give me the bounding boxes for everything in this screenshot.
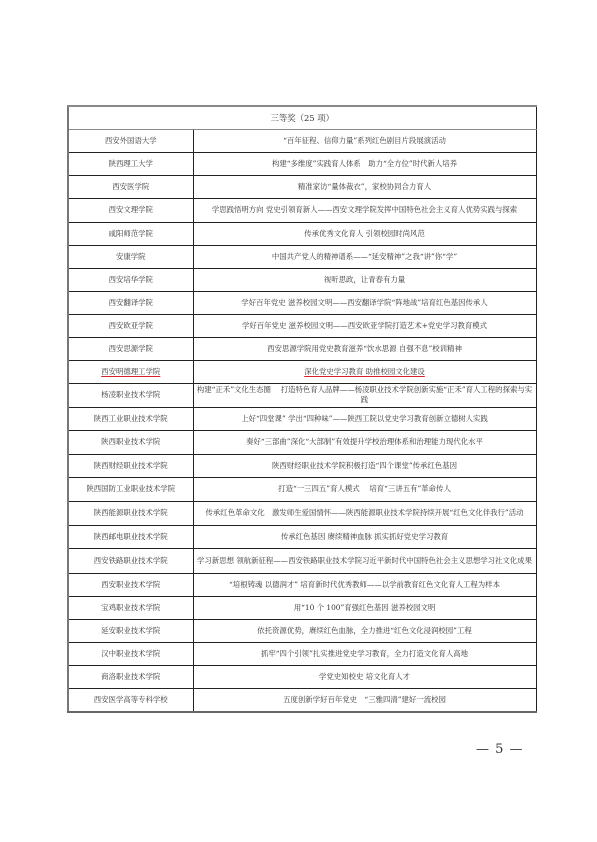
project-title-cell: 西安思源学院用党史教育滋养“饮水思源 自强不息”校训精神 (193, 337, 536, 360)
table-row: 陕西邮电职业技术学院传承红色基因 赓续精神血脉 抓实抓好党史学习教育 (68, 525, 536, 548)
school-name-cell: 西安欧亚学院 (68, 314, 193, 337)
school-name-cell: 陕西工业职业技术学院 (68, 407, 193, 430)
project-title-cell: 深化党史学习教育 助推校园文化建设 (193, 360, 536, 383)
project-title-cell: 学党史知校史 培文化育人才 (193, 665, 536, 688)
project-title-cell: 传承红色基因 赓续精神血脉 抓实抓好党史学习教育 (193, 525, 536, 548)
school-name: 安康学院 (116, 252, 146, 261)
school-name: 宝鸡职业技术学院 (101, 603, 160, 612)
table-row: 安康学院中国共产党人的精神谱系——“延安精神”之我“讲”你“学” (68, 245, 536, 268)
school-name-cell: 陕西能源职业技术学院 (68, 501, 193, 525)
project-title-cell: 五度创新学好百年党史 “三雅四清”建好一流校园 (193, 688, 536, 712)
school-name-cell: 陕西理工大学 (68, 152, 193, 175)
project-title-cell: 陕西财经职业技术学院积极打造“四个课堂”传承红色基因 (193, 454, 536, 477)
table-row: 西安明德理工学院深化党史学习教育 助推校园文化建设 (68, 360, 536, 383)
project-title-cell: “培根铸魂 以德润才” 培育新时代优秀教师——以学前教育红色文化育人工程为样本 (193, 573, 536, 596)
school-name: 汉中职业技术学院 (101, 649, 160, 658)
table-row: 西安职业技术学院“培根铸魂 以德润才” 培育新时代优秀教师——以学前教育红色文化… (68, 573, 536, 596)
document-page: 三等奖（25 项） 西安外国语大学“百年征程、信仰力量”系列红色剧目片段展演活动… (0, 0, 597, 842)
table-row: 陕西能源职业技术学院传承红色革命文化 激发师生爱国情怀——陕西能源职业技术学院持… (68, 501, 536, 525)
school-name: 西安职业技术学院 (101, 580, 160, 589)
school-name: 咸阳师范学院 (109, 229, 153, 238)
project-title: 视听思政，让青春有力量 (324, 275, 405, 284)
project-title: 学思践悟明方向 党史引领育新人——西安文理学院发挥中国特色社会主义育人优势实践与… (212, 205, 517, 214)
project-title-cell: “百年征程、信仰力量”系列红色剧目片段展演活动 (193, 129, 536, 152)
school-name-cell: 西安医学院 (68, 175, 193, 198)
project-title-cell: 学思践悟明方向 党史引领育新人——西安文理学院发挥中国特色社会主义育人优势实践与… (193, 198, 536, 222)
school-name-cell: 陕西财经职业技术学院 (68, 454, 193, 477)
school-name: 西安翻译学院 (109, 298, 153, 307)
school-name-cell: 西安明德理工学院 (68, 360, 193, 383)
school-name: 西安欧亚学院 (109, 321, 153, 330)
project-title-cell: 学好百年党史 滋养校园文明——西安翻译学院“阵地战”培育红色基因传承人 (193, 291, 536, 314)
table-row: 陕西理工大学构建“多维度”实践育人体系 助力“全方位”时代新人培养 (68, 152, 536, 175)
school-name-cell: 陕西邮电职业技术学院 (68, 525, 193, 548)
table-row: 陕西财经职业技术学院陕西财经职业技术学院积极打造“四个课堂”传承红色基因 (68, 454, 536, 477)
table-row: 西安思源学院西安思源学院用党史教育滋养“饮水思源 自强不息”校训精神 (68, 337, 536, 360)
project-title-cell: 抓牢“四个引领”扎实推进党史学习教育，全力打造文化育人高地 (193, 642, 536, 665)
project-title: 五度创新学好百年党史 “三雅四清”建好一流校园 (283, 695, 446, 704)
project-title: 传承红色基因 赓续精神血脉 抓实抓好党史学习教育 (281, 532, 448, 541)
project-title-cell: 学好百年党史 滋养校园文明——西安欧亚学院打造艺术+党史学习教育模式 (193, 314, 536, 337)
school-name-cell: 西安思源学院 (68, 337, 193, 360)
table-row: 陕西工业职业技术学院上好“四堂课” 学出“四种味”——陕西工院以党史学习教育创新… (68, 407, 536, 430)
table-row: 西安培华学院视听思政，让青春有力量 (68, 268, 536, 291)
project-title: 学好百年党史 滋养校园文明——西安翻译学院“阵地战”培育红色基因传承人 (241, 298, 487, 307)
school-name-cell: 陕西国防工业职业技术学院 (68, 477, 193, 501)
table-row: 杨凌职业技术学院构建“正禾”文化生态圈 打造特色育人品牌——杨凌职业技术学院创新… (68, 383, 536, 407)
school-name: 陕西邮电职业技术学院 (94, 532, 168, 541)
project-title-cell: 奏好“三部曲”深化“大部制”有效提升学校治理体系和治理能力现代化水平 (193, 430, 536, 454)
project-title: 用“10 个 100”育强红色基因 滋养校园文明 (294, 603, 436, 612)
school-name-cell: 延安职业技术学院 (68, 619, 193, 642)
project-title: “百年征程、信仰力量”系列红色剧目片段展演活动 (283, 136, 446, 145)
project-title-cell: 构建“正禾”文化生态圈 打造特色育人品牌——杨凌职业技术学院创新实施“正禾”育人… (193, 383, 536, 407)
project-title: 抓牢“四个引领”扎实推进党史学习教育，全力打造文化育人高地 (261, 649, 468, 658)
school-name-cell: 咸阳师范学院 (68, 222, 193, 245)
project-title: 传承红色革命文化 激发师生爱国情怀——陕西能源职业技术学院持续开展“红色文化伴我… (206, 508, 524, 517)
project-title: 中国共产党人的精神谱系——“延安精神”之我“讲”你“学” (272, 252, 457, 261)
project-title-cell: 视听思政，让青春有力量 (193, 268, 536, 291)
school-name: 商洛职业技术学院 (101, 672, 160, 681)
table-row: 延安职业技术学院依托资源优势，赓续红色血脉，全力推进“红色文化浸润校园”工程 (68, 619, 536, 642)
school-name-cell: 西安职业技术学院 (68, 573, 193, 596)
school-name: 陕西工业职业技术学院 (94, 414, 168, 423)
school-name: 西安外国语大学 (105, 136, 157, 145)
school-name: 延安职业技术学院 (101, 626, 160, 635)
school-name: 西安明德理工学院 (101, 367, 160, 376)
school-name-cell: 西安铁路职业技术学院 (68, 548, 193, 573)
project-title: 传承优秀文化育人 引领校园时尚风范 (304, 229, 425, 238)
table-row: 汉中职业技术学院抓牢“四个引领”扎实推进党史学习教育，全力打造文化育人高地 (68, 642, 536, 665)
school-name: 西安培华学院 (109, 275, 153, 284)
project-title: 奏好“三部曲”深化“大部制”有效提升学校治理体系和治理能力现代化水平 (246, 437, 483, 446)
school-name-cell: 西安文理学院 (68, 198, 193, 222)
school-name: 西安文理学院 (109, 205, 153, 214)
project-title-cell: 传承优秀文化育人 引领校园时尚风范 (193, 222, 536, 245)
school-name-cell: 宝鸡职业技术学院 (68, 596, 193, 619)
project-title-cell: 依托资源优势，赓续红色血脉，全力推进“红色文化浸润校园”工程 (193, 619, 536, 642)
project-title-cell: 用“10 个 100”育强红色基因 滋养校园文明 (193, 596, 536, 619)
school-name: 杨凌职业技术学院 (101, 390, 160, 399)
table-row: 陕西职业技术学院奏好“三部曲”深化“大部制”有效提升学校治理体系和治理能力现代化… (68, 430, 536, 454)
page-number: — 5 — (476, 742, 524, 757)
table-row: 陕西国防工业职业技术学院打造“一三四五”育人模式 培育“三讲五有”革命传人 (68, 477, 536, 501)
awards-table: 三等奖（25 项） 西安外国语大学“百年征程、信仰力量”系列红色剧目片段展演活动… (67, 105, 537, 713)
table-row: 商洛职业技术学院学党史知校史 培文化育人才 (68, 665, 536, 688)
school-name-cell: 西安培华学院 (68, 268, 193, 291)
school-name: 西安医学院 (112, 182, 149, 191)
project-title: 依托资源优势，赓续红色血脉，全力推进“红色文化浸润校园”工程 (257, 626, 472, 635)
school-name-cell: 陕西职业技术学院 (68, 430, 193, 454)
project-title: 西安思源学院用党史教育滋养“饮水思源 自强不息”校训精神 (267, 344, 462, 353)
project-title: 陕西财经职业技术学院积极打造“四个课堂”传承红色基因 (272, 461, 457, 470)
table-row: 西安外国语大学“百年征程、信仰力量”系列红色剧目片段展演活动 (68, 129, 536, 152)
project-title-cell: 传承红色革命文化 激发师生爱国情怀——陕西能源职业技术学院持续开展“红色文化伴我… (193, 501, 536, 525)
project-title: 学党史知校史 培文化育人才 (319, 672, 410, 681)
project-title: 深化党史学习教育 助推校园文化建设 (304, 367, 425, 376)
project-title-cell: 中国共产党人的精神谱系——“延安精神”之我“讲”你“学” (193, 245, 536, 268)
project-title: 学好百年党史 滋养校园文明——西安欧亚学院打造艺术+党史学习教育模式 (242, 321, 487, 330)
school-name: 陕西能源职业技术学院 (94, 508, 168, 517)
school-name-cell: 杨凌职业技术学院 (68, 383, 193, 407)
project-title: 精准家访“量体裁衣”，家校协同合力育人 (298, 182, 431, 191)
table-row: 咸阳师范学院传承优秀文化育人 引领校园时尚风范 (68, 222, 536, 245)
project-title: 上好“四堂课” 学出“四种味”——陕西工院以党史学习教育创新立德树人实践 (241, 414, 488, 423)
school-name: 西安铁路职业技术学院 (94, 556, 168, 565)
table-row: 西安铁路职业技术学院学习新思想 领航新征程——西安铁路职业技术学院习近平新时代中… (68, 548, 536, 573)
table-header-row: 三等奖（25 项） (68, 106, 536, 129)
project-title-cell: 上好“四堂课” 学出“四种味”——陕西工院以党史学习教育创新立德树人实践 (193, 407, 536, 430)
table-row: 宝鸡职业技术学院用“10 个 100”育强红色基因 滋养校园文明 (68, 596, 536, 619)
project-title-cell: 精准家访“量体裁衣”，家校协同合力育人 (193, 175, 536, 198)
school-name-cell: 商洛职业技术学院 (68, 665, 193, 688)
table-row: 西安医学高等专科学校五度创新学好百年党史 “三雅四清”建好一流校园 (68, 688, 536, 712)
project-title: 打造“一三四五”育人模式 培育“三讲五有”革命传人 (278, 484, 451, 493)
school-name-cell: 西安翻译学院 (68, 291, 193, 314)
project-title-cell: 学习新思想 领航新征程——西安铁路职业技术学院习近平新时代中国特色社会主义思想学… (193, 548, 536, 573)
project-title-cell: 构建“多维度”实践育人体系 助力“全方位”时代新人培养 (193, 152, 536, 175)
project-title-cell: 打造“一三四五”育人模式 培育“三讲五有”革命传人 (193, 477, 536, 501)
school-name-cell: 安康学院 (68, 245, 193, 268)
table-row: 西安翻译学院学好百年党史 滋养校园文明——西安翻译学院“阵地战”培育红色基因传承… (68, 291, 536, 314)
school-name-cell: 西安医学高等专科学校 (68, 688, 193, 712)
school-name: 陕西职业技术学院 (101, 437, 160, 446)
school-name-cell: 汉中职业技术学院 (68, 642, 193, 665)
table-row: 西安欧亚学院学好百年党史 滋养校园文明——西安欧亚学院打造艺术+党史学习教育模式 (68, 314, 536, 337)
school-name: 西安医学高等专科学校 (94, 695, 168, 704)
table-row: 西安文理学院学思践悟明方向 党史引领育新人——西安文理学院发挥中国特色社会主义育… (68, 198, 536, 222)
school-name: 西安思源学院 (109, 344, 153, 353)
project-title: 构建“正禾”文化生态圈 打造特色育人品牌——杨凌职业技术学院创新实施“正禾”育人… (197, 385, 532, 404)
table-row: 西安医学院精准家访“量体裁衣”，家校协同合力育人 (68, 175, 536, 198)
award-tier-heading: 三等奖（25 项） (68, 106, 536, 129)
project-title: 构建“多维度”实践育人体系 助力“全方位”时代新人培养 (272, 159, 457, 168)
school-name: 陕西国防工业职业技术学院 (86, 484, 175, 493)
school-name: 陕西财经职业技术学院 (94, 461, 168, 470)
project-title: 学习新思想 领航新征程——西安铁路职业技术学院习近平新时代中国特色社会主义思想学… (197, 556, 532, 565)
project-title: “培根铸魂 以德润才” 培育新时代优秀教师——以学前教育红色文化育人工程为样本 (229, 580, 500, 589)
school-name: 陕西理工大学 (109, 159, 153, 168)
school-name-cell: 西安外国语大学 (68, 129, 193, 152)
